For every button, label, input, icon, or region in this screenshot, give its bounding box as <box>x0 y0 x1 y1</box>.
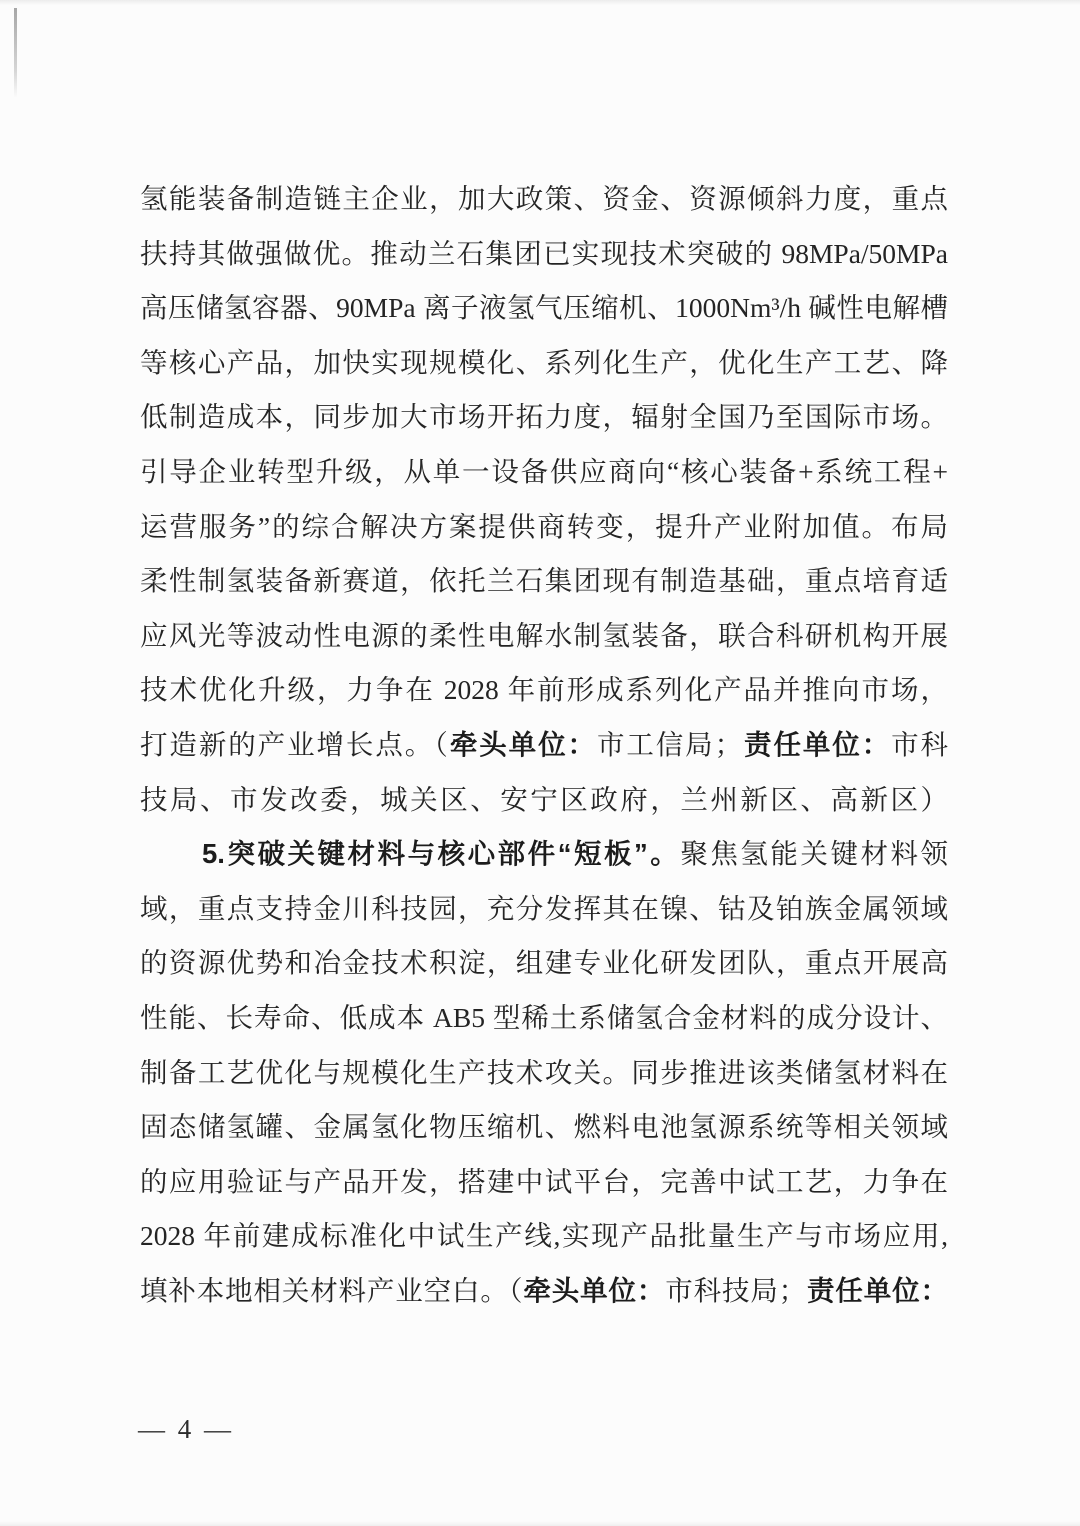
text-line: 低制造成本，同步加大市场开拓力度，辐射全国乃至国际市场。 <box>140 390 948 445</box>
text-segment: 技局、市发改委，城关区、安宁区政府，兰州新区、高新区） <box>140 784 948 815</box>
text-segment: 打造新的产业增长点。（ <box>140 729 450 760</box>
text-line: 制备工艺优化与规模化生产技术攻关。同步推进该类储氢材料在 <box>140 1046 948 1101</box>
text-segment: 固态储氢罐、金属氢化物压缩机、燃料电池氢源系统等相关领域 <box>140 1111 948 1142</box>
scan-edge-top <box>0 0 1080 5</box>
text-line: 应风光等波动性电源的柔性电解水制氢装备，联合科研机构开展 <box>140 609 948 664</box>
text-segment: 的应用验证与产品开发，搭建中试平台，完善中试工艺，力争在 <box>140 1166 948 1197</box>
text-line: 填补本地相关材料产业空白。（牵头单位：市科技局；责任单位： <box>140 1264 948 1319</box>
text-segment: 技术优化升级，力争在 2028 年前形成系列化产品并推向市场， <box>140 674 948 705</box>
text-segment: 制备工艺优化与规模化生产技术攻关。同步推进该类储氢材料在 <box>140 1057 948 1088</box>
document-page: 氢能装备制造链主企业，加大政策、资金、资源倾斜力度，重点扶持其做强做优。推动兰石… <box>0 0 1080 1526</box>
text-line: 引导企业转型升级，从单一设备供应商向“核心装备+系统工程+ <box>140 445 948 500</box>
text-line: 运营服务”的综合解决方案提供商转变，提升产业附加值。布局 <box>140 500 948 555</box>
text-segment: 市科 <box>891 729 948 760</box>
text-line: 域，重点支持金川科技园，充分发挥其在镍、钴及铂族金属领域 <box>140 882 948 937</box>
text-line: 的应用验证与产品开发，搭建中试平台，完善中试工艺，力争在 <box>140 1155 948 1210</box>
text-segment: 应风光等波动性电源的柔性电解水制氢装备，联合科研机构开展 <box>140 620 948 651</box>
text-segment: 高压储氢容器、90MPa 离子液氢气压缩机、1000Nm³/h 碱性电解槽 <box>140 292 948 323</box>
text-segment: 域，重点支持金川科技园，充分发挥其在镍、钴及铂族金属领域 <box>140 893 948 924</box>
text-segment: 引导企业转型升级，从单一设备供应商向“核心装备+系统工程+ <box>140 456 948 487</box>
text-line: 固态储氢罐、金属氢化物压缩机、燃料电池氢源系统等相关领域 <box>140 1100 948 1155</box>
text-segment-bold: 牵头单位： <box>450 729 597 760</box>
text-segment: 运营服务”的综合解决方案提供商转变，提升产业附加值。布局 <box>140 511 948 542</box>
text-segment: 2028 年前建成标准化中试生产线,实现产品批量生产与市场应用, <box>140 1220 948 1251</box>
text-segment-bold: 牵头单位： <box>523 1275 665 1306</box>
text-line: 打造新的产业增长点。（牵头单位：市工信局；责任单位：市科 <box>140 718 948 773</box>
text-segment: 性能、长寿命、低成本 AB5 型稀土系储氢合金材料的成分设计、 <box>140 1002 948 1033</box>
text-line: 等核心产品，加快实现规模化、系列化生产，优化生产工艺、降 <box>140 336 948 391</box>
scan-artifact <box>14 8 17 98</box>
text-line: 柔性制氢装备新赛道，依托兰石集团现有制造基础，重点培育适 <box>140 554 948 609</box>
text-line: 高压储氢容器、90MPa 离子液氢气压缩机、1000Nm³/h 碱性电解槽 <box>140 281 948 336</box>
text-line: 2028 年前建成标准化中试生产线,实现产品批量生产与市场应用, <box>140 1209 948 1264</box>
text-line: 技术优化升级，力争在 2028 年前形成系列化产品并推向市场， <box>140 663 948 718</box>
text-line: 扶持其做强做优。推动兰石集团已实现技术突破的 98MPa/50MPa <box>140 227 948 282</box>
document-lines: 氢能装备制造链主企业，加大政策、资金、资源倾斜力度，重点扶持其做强做优。推动兰石… <box>140 172 948 1318</box>
text-line: 性能、长寿命、低成本 AB5 型稀土系储氢合金材料的成分设计、 <box>140 991 948 1046</box>
text-segment: 填补本地相关材料产业空白。（ <box>140 1275 523 1306</box>
text-segment-bold: 责任单位： <box>742 729 891 760</box>
text-segment: 市工信局； <box>597 729 742 760</box>
text-segment-bold: 5.突破关键材料与核心部件“短板”。 <box>202 838 680 869</box>
text-line: 技局、市发改委，城关区、安宁区政府，兰州新区、高新区） <box>140 773 948 828</box>
text-line: 氢能装备制造链主企业，加大政策、资金、资源倾斜力度，重点 <box>140 172 948 227</box>
text-segment: 扶持其做强做优。推动兰石集团已实现技术突破的 98MPa/50MPa <box>140 238 948 269</box>
text-segment: 市科技局； <box>665 1275 806 1306</box>
text-segment-bold: 责任单位： <box>806 1275 948 1306</box>
text-segment: 的资源优势和冶金技术积淀，组建专业化研发团队，重点开展高 <box>140 947 948 978</box>
scan-edge-bottom <box>0 1521 1080 1526</box>
text-segment: 等核心产品，加快实现规模化、系列化生产，优化生产工艺、降 <box>140 347 948 378</box>
page-number: — 4 — <box>138 1414 234 1445</box>
text-segment: 聚焦氢能关键材料领 <box>680 838 948 869</box>
text-segment: 氢能装备制造链主企业，加大政策、资金、资源倾斜力度，重点 <box>140 183 948 214</box>
text-segment: 低制造成本，同步加大市场开拓力度，辐射全国乃至国际市场。 <box>140 401 948 432</box>
text-line: 5.突破关键材料与核心部件“短板”。聚焦氢能关键材料领 <box>140 827 948 882</box>
text-line: 的资源优势和冶金技术积淀，组建专业化研发团队，重点开展高 <box>140 936 948 991</box>
text-segment: 柔性制氢装备新赛道，依托兰石集团现有制造基础，重点培育适 <box>140 565 948 596</box>
